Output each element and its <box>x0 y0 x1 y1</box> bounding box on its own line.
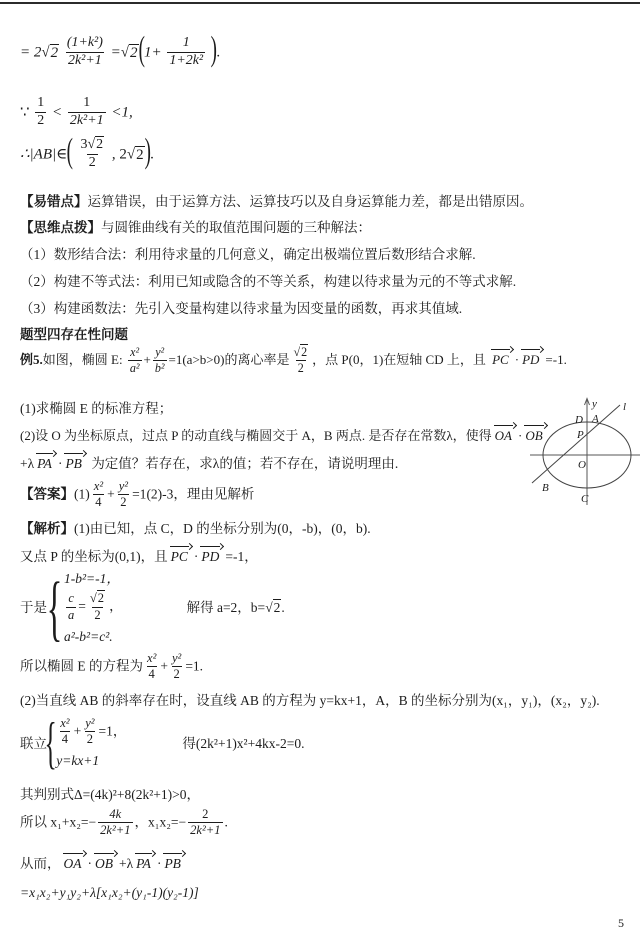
denominator: b² <box>153 360 167 376</box>
denominator: 4 <box>60 731 70 747</box>
numerator: c <box>66 591 76 606</box>
fraction: y²2 <box>83 716 96 747</box>
note-text: 与圆锥曲线有关的取值范围问题的三种解法： <box>101 220 371 235</box>
section-title-text: 题型四存在性问题 <box>20 327 128 342</box>
text: (1)求椭圆 E 的标准方程； <box>20 401 172 416</box>
system-row-1: x²4+y²2=1， <box>56 717 126 748</box>
note-label: 【思维点拨】 <box>20 220 101 235</box>
text: (2)设 O 为坐标原点，过点 P 的动直线与椭圆交于 A，B 两点. 是否存在… <box>20 428 492 443</box>
fraction: 12 <box>35 95 46 129</box>
vector-PB: PB <box>64 452 86 474</box>
radical: √2 <box>87 136 104 152</box>
math-token: + <box>160 659 168 674</box>
radical: √2 <box>127 146 145 163</box>
expansion-line: =x₁x₂+y₁y₂+λ[x₁x₂+(y₁-1)(y₂-1)] <box>20 884 199 903</box>
scan-top-edge <box>0 2 640 4</box>
math-token: = <box>78 599 86 614</box>
vector-OA: OA <box>63 852 86 874</box>
math-token: =-1. <box>545 352 566 367</box>
math-token: · <box>88 856 93 871</box>
text: 所以 x₁+x₂=− <box>20 815 96 830</box>
numerator: y² <box>170 651 183 666</box>
math-token: , <box>112 147 116 163</box>
fraction: y²2 <box>170 651 183 682</box>
math-token: · <box>157 856 162 871</box>
equation-system: 于是 { 1-b²=-1， ca=√22， a²-b²=c². 解得 a=2，b… <box>20 566 285 650</box>
numerator: 4k <box>107 807 123 822</box>
system-substitution: 联立 { x²4+y²2=1， y=kx+1 得(2k²+1)x²+4kx-2=… <box>20 712 304 776</box>
method-item-2: （2）构建不等式法：利用已知或隐含的不等关系，构建以待求量为元的不等式求解. <box>20 273 516 292</box>
denominator: 2 <box>92 607 102 623</box>
method-item-3: （3）构建函数法：先引入变量构建以待求量为因变量的函数，再求其值域. <box>20 300 462 319</box>
example5-part1: (1)求椭圆 E 的标准方程； <box>20 400 172 419</box>
method-item-1: （1）数形结合法：利用待求量的几何意义，确定出极端位置后数形结合求解. <box>20 246 476 265</box>
fraction: x²4 <box>92 479 105 510</box>
math-token: 1+ <box>144 45 162 61</box>
fraction: √22 <box>291 345 310 375</box>
fraction: y²b² <box>153 345 167 375</box>
vector-PC: PC <box>491 348 513 369</box>
method-text: （1）数形结合法：利用待求量的几何意义，确定出极端位置后数形结合求解. <box>20 247 476 262</box>
solution-line-1: 【解析】(1)由已知，点 C，D 的坐标分别为(0，-b)，(0，b). <box>20 520 371 539</box>
text: 为定值？若存在，求λ的值；若不存在，请说明理由. <box>91 456 398 471</box>
numerator: 2 <box>200 807 210 822</box>
denominator: 2k²+1 <box>188 822 222 838</box>
fraction: y²2 <box>117 479 130 510</box>
document-page: = 2√2 (1+k²)2k²+1 =√2(1+ 11+2k² ). ∵ 12 … <box>0 0 640 946</box>
math-token: (1) <box>74 487 90 502</box>
label-l: l <box>623 401 626 413</box>
denominator: 2k²+1 <box>66 52 104 70</box>
fraction: x²4 <box>145 651 158 682</box>
label-C: C <box>581 493 589 505</box>
math-token: = <box>111 45 121 61</box>
vector-OB: OB <box>94 852 117 874</box>
example5-part2-line1: (2)设 O 为坐标原点，过点 P 的动直线与椭圆交于 A，B 两点. 是否存在… <box>20 424 549 445</box>
text: (2)当直线 AB 的斜率存在时，设直线 AB 的方程为 y=kx+1，A，B … <box>20 693 600 708</box>
numerator: y² <box>117 479 130 494</box>
denominator: 4 <box>147 666 157 682</box>
text: 其判别式Δ=(4k)²+8(2k²+1)>0， <box>20 787 200 802</box>
denominator: 1+2k² <box>167 52 205 70</box>
discriminant-line: 其判别式Δ=(4k)²+8(2k²+1)>0， <box>20 786 200 805</box>
numerator: x² <box>145 651 158 666</box>
text: 联立 <box>20 735 47 754</box>
text: 又点 P 的坐标为(0,1)，且 <box>20 549 168 564</box>
vector-PD: PD <box>521 348 543 369</box>
example5-part2-line2: +λPA·PB 为定值？若存在，求λ的值；若不存在，请说明理由. <box>20 452 398 474</box>
text: 从而， <box>20 856 61 871</box>
vector-PA: PA <box>36 452 56 474</box>
numerator: x² <box>128 345 141 360</box>
system-rows: x²4+y²2=1， y=kx+1 <box>56 717 126 771</box>
math-token: =1. <box>185 659 203 674</box>
solved-values: 解得 a=2，b=√2. <box>187 599 285 618</box>
text: 于是 <box>20 599 47 618</box>
denominator: 2 <box>118 494 128 510</box>
math-token: . <box>281 600 284 615</box>
note-thinking-tips: 【思维点拨】与圆锥曲线有关的取值范围问题的三种解法： <box>20 219 371 238</box>
text: 解得 a=2，b= <box>187 600 266 615</box>
numerator: 1 <box>35 95 46 112</box>
numerator: (1+k²) <box>65 35 105 52</box>
denominator: 2k²+1 <box>98 822 132 838</box>
math-token: = 2 <box>20 45 41 61</box>
system-row-1: 1-b²=-1， <box>64 570 120 589</box>
ellipse-figure: y l D A P O B C <box>516 396 640 510</box>
numerator: √2 <box>88 591 107 606</box>
ellipse-equation-line: 所以椭圆 E 的方程为x²4+y²2=1. <box>20 652 203 683</box>
numerator: y² <box>83 716 96 731</box>
method-text: （3）构建函数法：先引入变量构建以待求量为因变量的函数，再求其值域. <box>20 301 462 316</box>
numerator: 1 <box>181 35 192 52</box>
math-token: +λ <box>20 456 34 471</box>
radical: √2 <box>265 599 281 615</box>
fraction: 4k2k²+1 <box>98 807 132 838</box>
math-token: · <box>194 549 199 564</box>
section-title: 题型四存在性问题 <box>20 326 128 345</box>
text: (1)由已知，点 C，D 的坐标分别为(0，-b)，(0，b). <box>74 521 371 536</box>
label-O: O <box>578 459 586 471</box>
fraction: 12k²+1 <box>68 95 106 129</box>
math-token: 2 <box>119 147 127 163</box>
text: =1(a>b>0)的离心率是 <box>169 352 290 367</box>
fraction: 11+2k² <box>167 35 205 69</box>
denominator: 2 <box>35 112 46 130</box>
system-row-3: a²-b²=c². <box>64 628 113 647</box>
vector-OA: OA <box>494 424 516 445</box>
note-text: 运算错误，由于运算方法、运算技巧以及自身运算能力差，都是出错原因。 <box>88 194 534 209</box>
fraction: √22 <box>88 591 107 622</box>
numerator: y² <box>153 345 166 360</box>
label-P: P <box>576 429 584 441</box>
resulting-quadratic: 得(2k²+1)x²+4kx-2=0. <box>182 735 304 754</box>
example-label: 例5. <box>20 352 43 367</box>
page-number: 5 <box>618 916 624 931</box>
vector-PA: PA <box>135 852 155 874</box>
fraction: ca <box>66 591 76 622</box>
math-token: + <box>74 724 82 739</box>
text: 所以椭圆 E 的方程为 <box>20 659 143 674</box>
vieta-line: 所以 x₁+x₂=−4k2k²+1，x₁x₂=−22k²+1. <box>20 808 228 839</box>
math-token: =1， <box>99 724 127 739</box>
dot-product-line: 从而，OA·OB+λPA·PB <box>20 852 187 874</box>
radical: √2 <box>121 44 139 61</box>
math-token: ∴|AB|∈ <box>20 147 67 163</box>
math-token: ， <box>109 599 123 614</box>
text: (2)-3，理由见解析 <box>146 487 254 502</box>
formula-ab-range: ∴|AB|∈( 3√22 , 2√2). <box>20 138 154 172</box>
denominator: 2 <box>296 360 306 376</box>
denominator: 2 <box>85 731 95 747</box>
math-token: · <box>58 456 63 471</box>
text: 如图，椭圆 E: <box>43 352 123 367</box>
answer-line: 【答案】(1)x²4+y²2=1(2)-3，理由见解析 <box>20 480 254 511</box>
numerator: x² <box>92 479 105 494</box>
note-error-prone: 【易错点】运算错误，由于运算方法、运算技巧以及自身运算能力差，都是出错原因。 <box>20 193 533 212</box>
ellipse-figure-svg: y l D A P O B C <box>516 396 640 510</box>
math-token: . <box>225 815 228 830</box>
math-token: =-1， <box>225 549 257 564</box>
fraction: x²a² <box>128 345 142 375</box>
vector-PC: PC <box>170 545 192 567</box>
fraction: (1+k²)2k²+1 <box>65 35 105 69</box>
solution-label: 【解析】 <box>20 521 74 536</box>
system-row-2: ca=√22， <box>64 592 123 623</box>
math-token: ∵ <box>20 105 30 121</box>
fraction: 3√22 <box>78 137 106 171</box>
denominator: a <box>66 607 76 623</box>
text: ，点 P(0，1)在短轴 CD 上，且 <box>312 352 486 367</box>
math-token: +λ <box>119 856 133 871</box>
denominator: 4 <box>93 494 103 510</box>
numerator: √2 <box>291 345 310 360</box>
label-A: A <box>591 413 599 425</box>
solution-line-2: 又点 P 的坐标为(0,1)，且PC·PD=-1， <box>20 545 258 567</box>
math-token: =1 <box>132 487 146 502</box>
denominator: 2 <box>87 154 98 172</box>
radical: √2 <box>41 44 59 61</box>
math-token: + <box>107 487 115 502</box>
vector-PD: PD <box>200 545 223 567</box>
denominator: 2k²+1 <box>68 112 106 130</box>
numerator: x² <box>58 716 71 731</box>
math-token: =x₁x₂+y₁y₂+λ[x₁x₂+(y₁-1)(y₂-1)] <box>20 885 199 900</box>
label-y: y <box>591 398 597 410</box>
fraction: x²4 <box>58 716 71 747</box>
method-text: （2）构建不等式法：利用已知或隐含的不等关系，构建以待求量为元的不等式求解. <box>20 274 516 289</box>
numerator: 1 <box>81 95 92 112</box>
denominator: a² <box>128 360 142 376</box>
formula-chord-length: = 2√2 (1+k²)2k²+1 =√2(1+ 11+2k² ). <box>20 36 220 70</box>
solution2-line-1: (2)当直线 AB 的斜率存在时，设直线 AB 的方程为 y=kx+1，A，B … <box>20 692 600 711</box>
vector-PB: PB <box>163 852 185 874</box>
system-row-2: y=kx+1 <box>56 752 99 771</box>
label-B: B <box>542 482 549 494</box>
numerator: 3√2 <box>78 137 106 154</box>
label-D: D <box>574 414 583 426</box>
math-token: · <box>515 352 519 367</box>
note-label: 【易错点】 <box>20 194 88 209</box>
system-rows: 1-b²=-1， ca=√22， a²-b²=c². <box>64 570 123 647</box>
formula-inequality: ∵ 12 < 12k²+1 <1, <box>20 96 133 130</box>
math-token: + <box>144 352 151 367</box>
denominator: 2 <box>172 666 182 682</box>
example5-statement: 例5.如图，椭圆 E: x²a²+y²b²=1(a>b>0)的离心率是√22，点… <box>20 346 567 376</box>
fraction: 22k²+1 <box>188 807 222 838</box>
math-token: < <box>52 105 62 121</box>
text: ，x₁x₂=− <box>135 815 187 830</box>
answer-label: 【答案】 <box>20 487 74 502</box>
math-token: <1, <box>111 105 132 121</box>
